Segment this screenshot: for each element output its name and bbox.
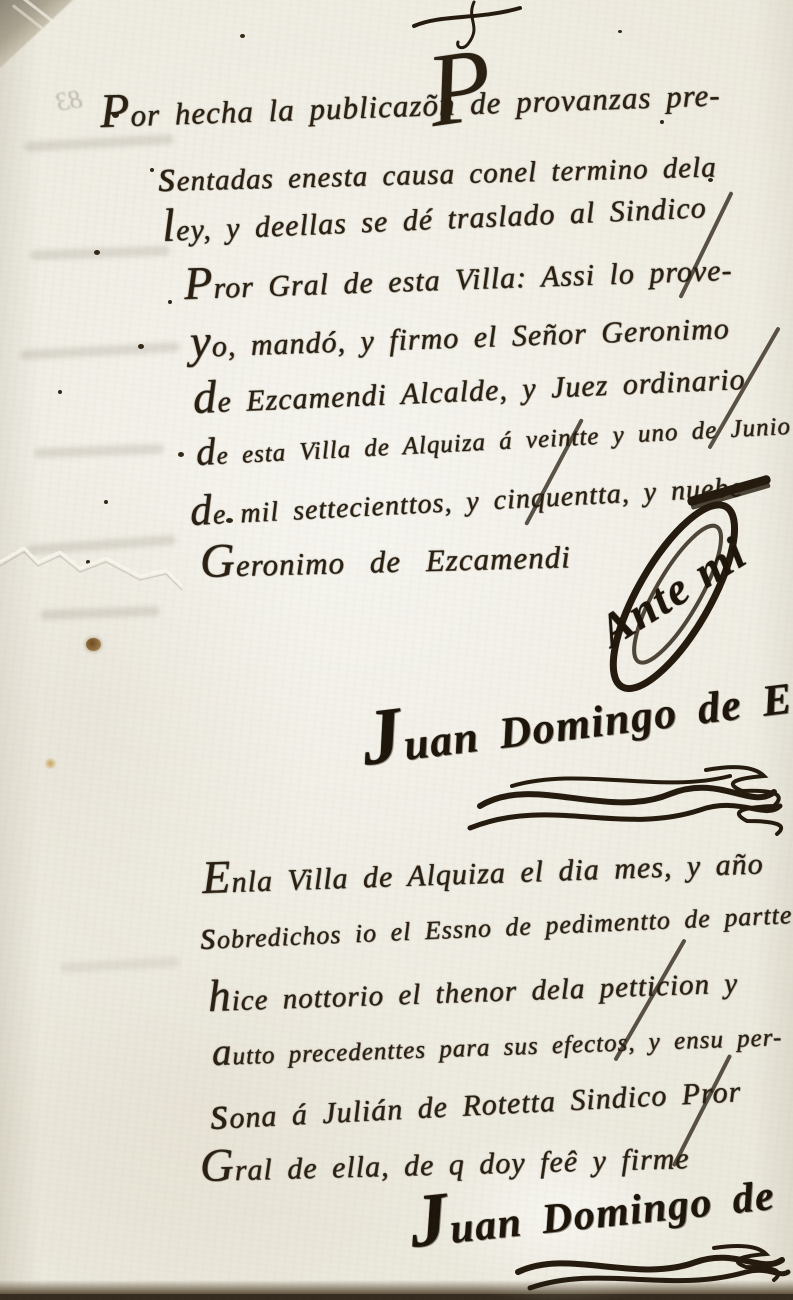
bleedthrough-line (34, 444, 164, 459)
ink-speck (94, 250, 100, 255)
manuscript-page: 83 P Por hecha la publicazõn de provanza… (0, 0, 793, 1300)
ink-speck (58, 390, 62, 394)
decree-line: Geronimo de Ezcamendi (199, 524, 571, 589)
ink-speck (240, 34, 245, 38)
ghost-folio-number: 83 (54, 84, 84, 118)
ink-speck (660, 120, 664, 124)
ink-speck (138, 344, 144, 349)
yellow-stain (44, 758, 57, 769)
ink-speck (168, 300, 172, 304)
ink-speck (150, 168, 154, 172)
brown-ink-stain (86, 638, 101, 651)
bleedthrough-line (20, 342, 180, 360)
notification-line: hice nottorio el thenor dela petticion y (207, 952, 739, 1022)
bleedthrough-line (60, 957, 180, 973)
decree-line: Por hecha la publicazõn de provanzas pre… (99, 62, 721, 139)
ink-speck (178, 452, 184, 457)
bleedthrough-line (30, 246, 170, 261)
page-corner-fold (0, 0, 92, 80)
signature-rubric-2 (510, 1242, 792, 1300)
ink-speck (618, 30, 622, 33)
paper-tear (0, 470, 200, 620)
